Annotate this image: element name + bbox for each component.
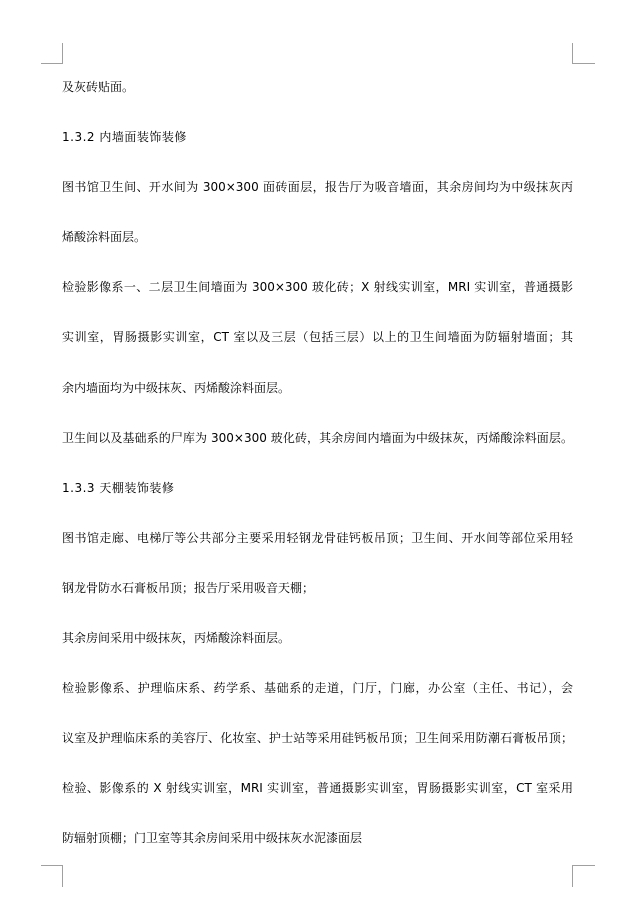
paragraph-line: 烯酸涂料面层。 [62, 229, 573, 279]
margin-corner-mark-bottom-left [41, 865, 63, 887]
paragraph-line: 议室及护理临床系的美容厅、化妆室、护士站等采用硅钙板吊顶；卫生间采用防潮石膏板吊… [62, 730, 573, 780]
document-page: 及灰砖贴面。 1.3.2 内墙面装饰装修 图书馆卫生间、开水间为 300×300… [0, 0, 637, 905]
paragraph-line: 检验、影像系的 X 射线实训室，MRI 实训室，普通摄影实训室，胃肠摄影实训室，… [62, 780, 573, 830]
paragraph-line: 图书馆走廊、电梯厅等公共部分主要采用轻钢龙骨硅钙板吊顶；卫生间、开水间等部位采用… [62, 530, 573, 580]
margin-corner-mark-bottom-right [572, 865, 595, 887]
document-body: 及灰砖贴面。 1.3.2 内墙面装饰装修 图书馆卫生间、开水间为 300×300… [62, 79, 573, 881]
section-heading-1-3-2: 1.3.2 内墙面装饰装修 [62, 129, 573, 179]
paragraph-line: 图书馆卫生间、开水间为 300×300 面砖面层，报告厅为吸音墙面，其余房间均为… [62, 179, 573, 229]
paragraph-line: 其余房间采用中级抹灰，丙烯酸涂料面层。 [62, 630, 573, 680]
paragraph-line: 及灰砖贴面。 [62, 79, 573, 129]
margin-corner-mark-top-right [572, 43, 595, 64]
section-heading-1-3-3: 1.3.3 天棚装饰装修 [62, 480, 573, 530]
paragraph-line: 余内墙面均为中级抹灰、丙烯酸涂料面层。 [62, 380, 573, 430]
margin-corner-mark-top-left [41, 43, 63, 64]
paragraph-line: 卫生间以及基础系的尸库为 300×300 玻化砖，其余房间内墙面为中级抹灰，丙烯… [62, 430, 573, 480]
paragraph-line: 检验影像系、护理临床系、药学系、基础系的走道，门厅，门廊，办公室（主任、书记），… [62, 680, 573, 730]
paragraph-line: 检验影像系一、二层卫生间墙面为 300×300 玻化砖；X 射线实训室，MRI … [62, 279, 573, 329]
paragraph-line: 防辐射顶棚；门卫室等其余房间采用中级抹灰水泥漆面层 [62, 830, 573, 880]
paragraph-line: 钢龙骨防水石膏板吊顶；报告厅采用吸音天棚； [62, 580, 573, 630]
paragraph-line: 实训室，胃肠摄影实训室，CT 室以及三层（包括三层）以上的卫生间墙面为防辐射墙面… [62, 329, 573, 379]
